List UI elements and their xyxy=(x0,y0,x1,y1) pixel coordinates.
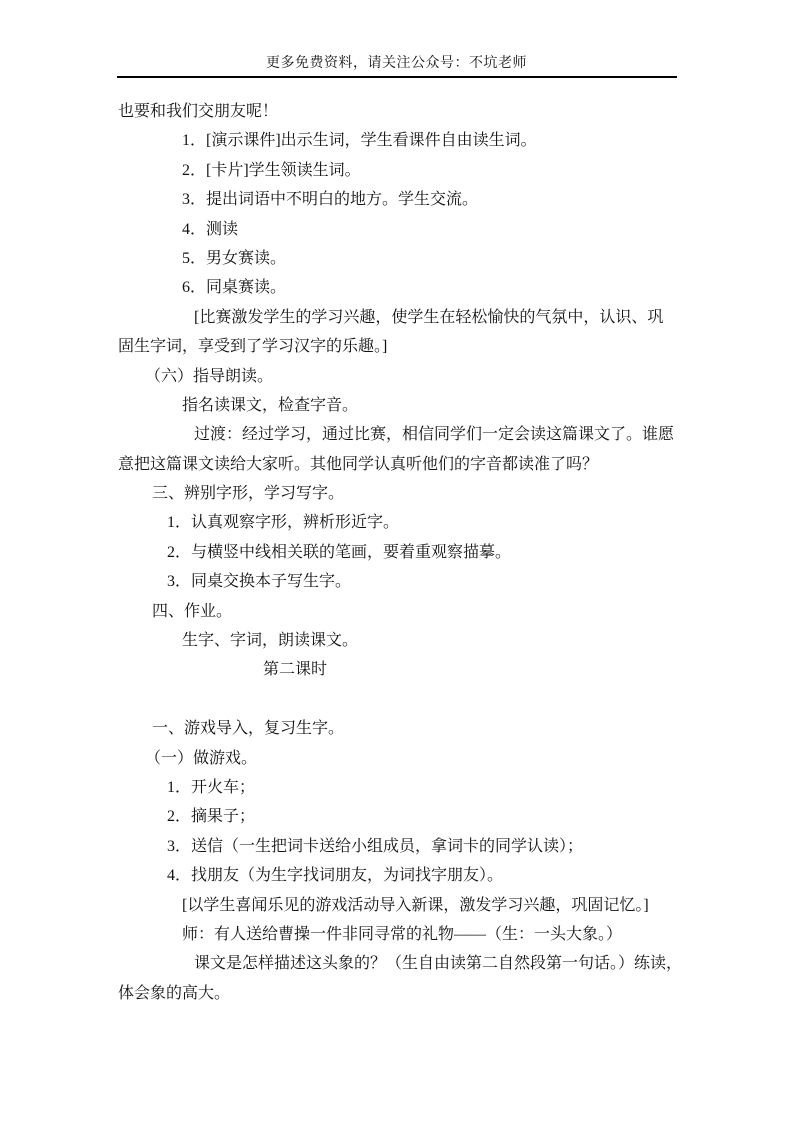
text-line: 也要和我们交朋友呢！ xyxy=(118,97,678,126)
text-line: 2．与横竖中线相关联的笔画，要着重观察描摹。 xyxy=(118,538,678,567)
text-line: 生字、字词，朗读课文。 xyxy=(118,626,678,655)
text-line: 1．认真观察字形，辨析形近字。 xyxy=(118,508,678,537)
text-line: 指名读课文，检查字音。 xyxy=(118,391,678,420)
text-line: 固生字词，享受到了学习汉字的乐趣。] xyxy=(118,332,678,361)
document-body: 也要和我们交朋友呢！1．[演示课件]出示生词，学生看课件自由读生词。2．[卡片]… xyxy=(118,97,678,1008)
text-line: 一、游戏导入，复习生字。 xyxy=(118,714,678,743)
text-line: 3．同桌交换本子写生字。 xyxy=(118,567,678,596)
text-line: （一）做游戏。 xyxy=(118,744,678,773)
text-line: 1．开火车； xyxy=(118,773,678,802)
text-line: （六）指导朗读。 xyxy=(118,362,678,391)
text-line: 体会象的高大。 xyxy=(118,979,678,1008)
text-line: [比赛激发学生的学习兴趣，使学生在轻松愉快的气氛中，认识、巩 xyxy=(118,303,678,332)
text-line: 2．[卡片]学生领读生词。 xyxy=(118,156,678,185)
text-line: 4．测读 xyxy=(118,215,678,244)
text-line: 三、辨别字形，学习写字。 xyxy=(118,479,678,508)
text-line: 3．送信（一生把词卡送给小组成员，拿词卡的同学认读）； xyxy=(118,832,678,861)
text-line: 第二课时 xyxy=(118,655,678,684)
document-page: 更多免费资料，请关注公众号：不坑老师 也要和我们交朋友呢！1．[演示课件]出示生… xyxy=(0,0,793,1122)
text-line: 师：有人送给曹操一件非同寻常的礼物——（生：一头大象。） xyxy=(118,920,678,949)
header-divider-line xyxy=(117,76,677,78)
text-line: 2．摘果子； xyxy=(118,802,678,831)
blank-line xyxy=(118,685,678,714)
text-line: 四、作业。 xyxy=(118,597,678,626)
text-line: 6．同桌赛读。 xyxy=(118,273,678,302)
text-line: [以学生喜闻乐见的游戏活动导入新课，激发学习兴趣，巩固记忆。] xyxy=(118,891,678,920)
text-line: 课文是怎样描述这头象的？（生自由读第二自然段第一句话。）练读， xyxy=(118,949,678,978)
page-header-text: 更多免费资料，请关注公众号：不坑老师 xyxy=(0,54,793,74)
text-line: 3．提出词语中不明白的地方。学生交流。 xyxy=(118,185,678,214)
text-line: 意把这篇课文读给大家听。其他同学认真听他们的字音都读准了吗？ xyxy=(118,450,678,479)
text-line: 4．找朋友（为生字找词朋友，为词找字朋友）。 xyxy=(118,861,678,890)
text-line: 过渡：经过学习，通过比赛，相信同学们一定会读这篇课文了。谁愿 xyxy=(118,420,678,449)
text-line: 1．[演示课件]出示生词，学生看课件自由读生词。 xyxy=(118,126,678,155)
text-line: 5．男女赛读。 xyxy=(118,244,678,273)
